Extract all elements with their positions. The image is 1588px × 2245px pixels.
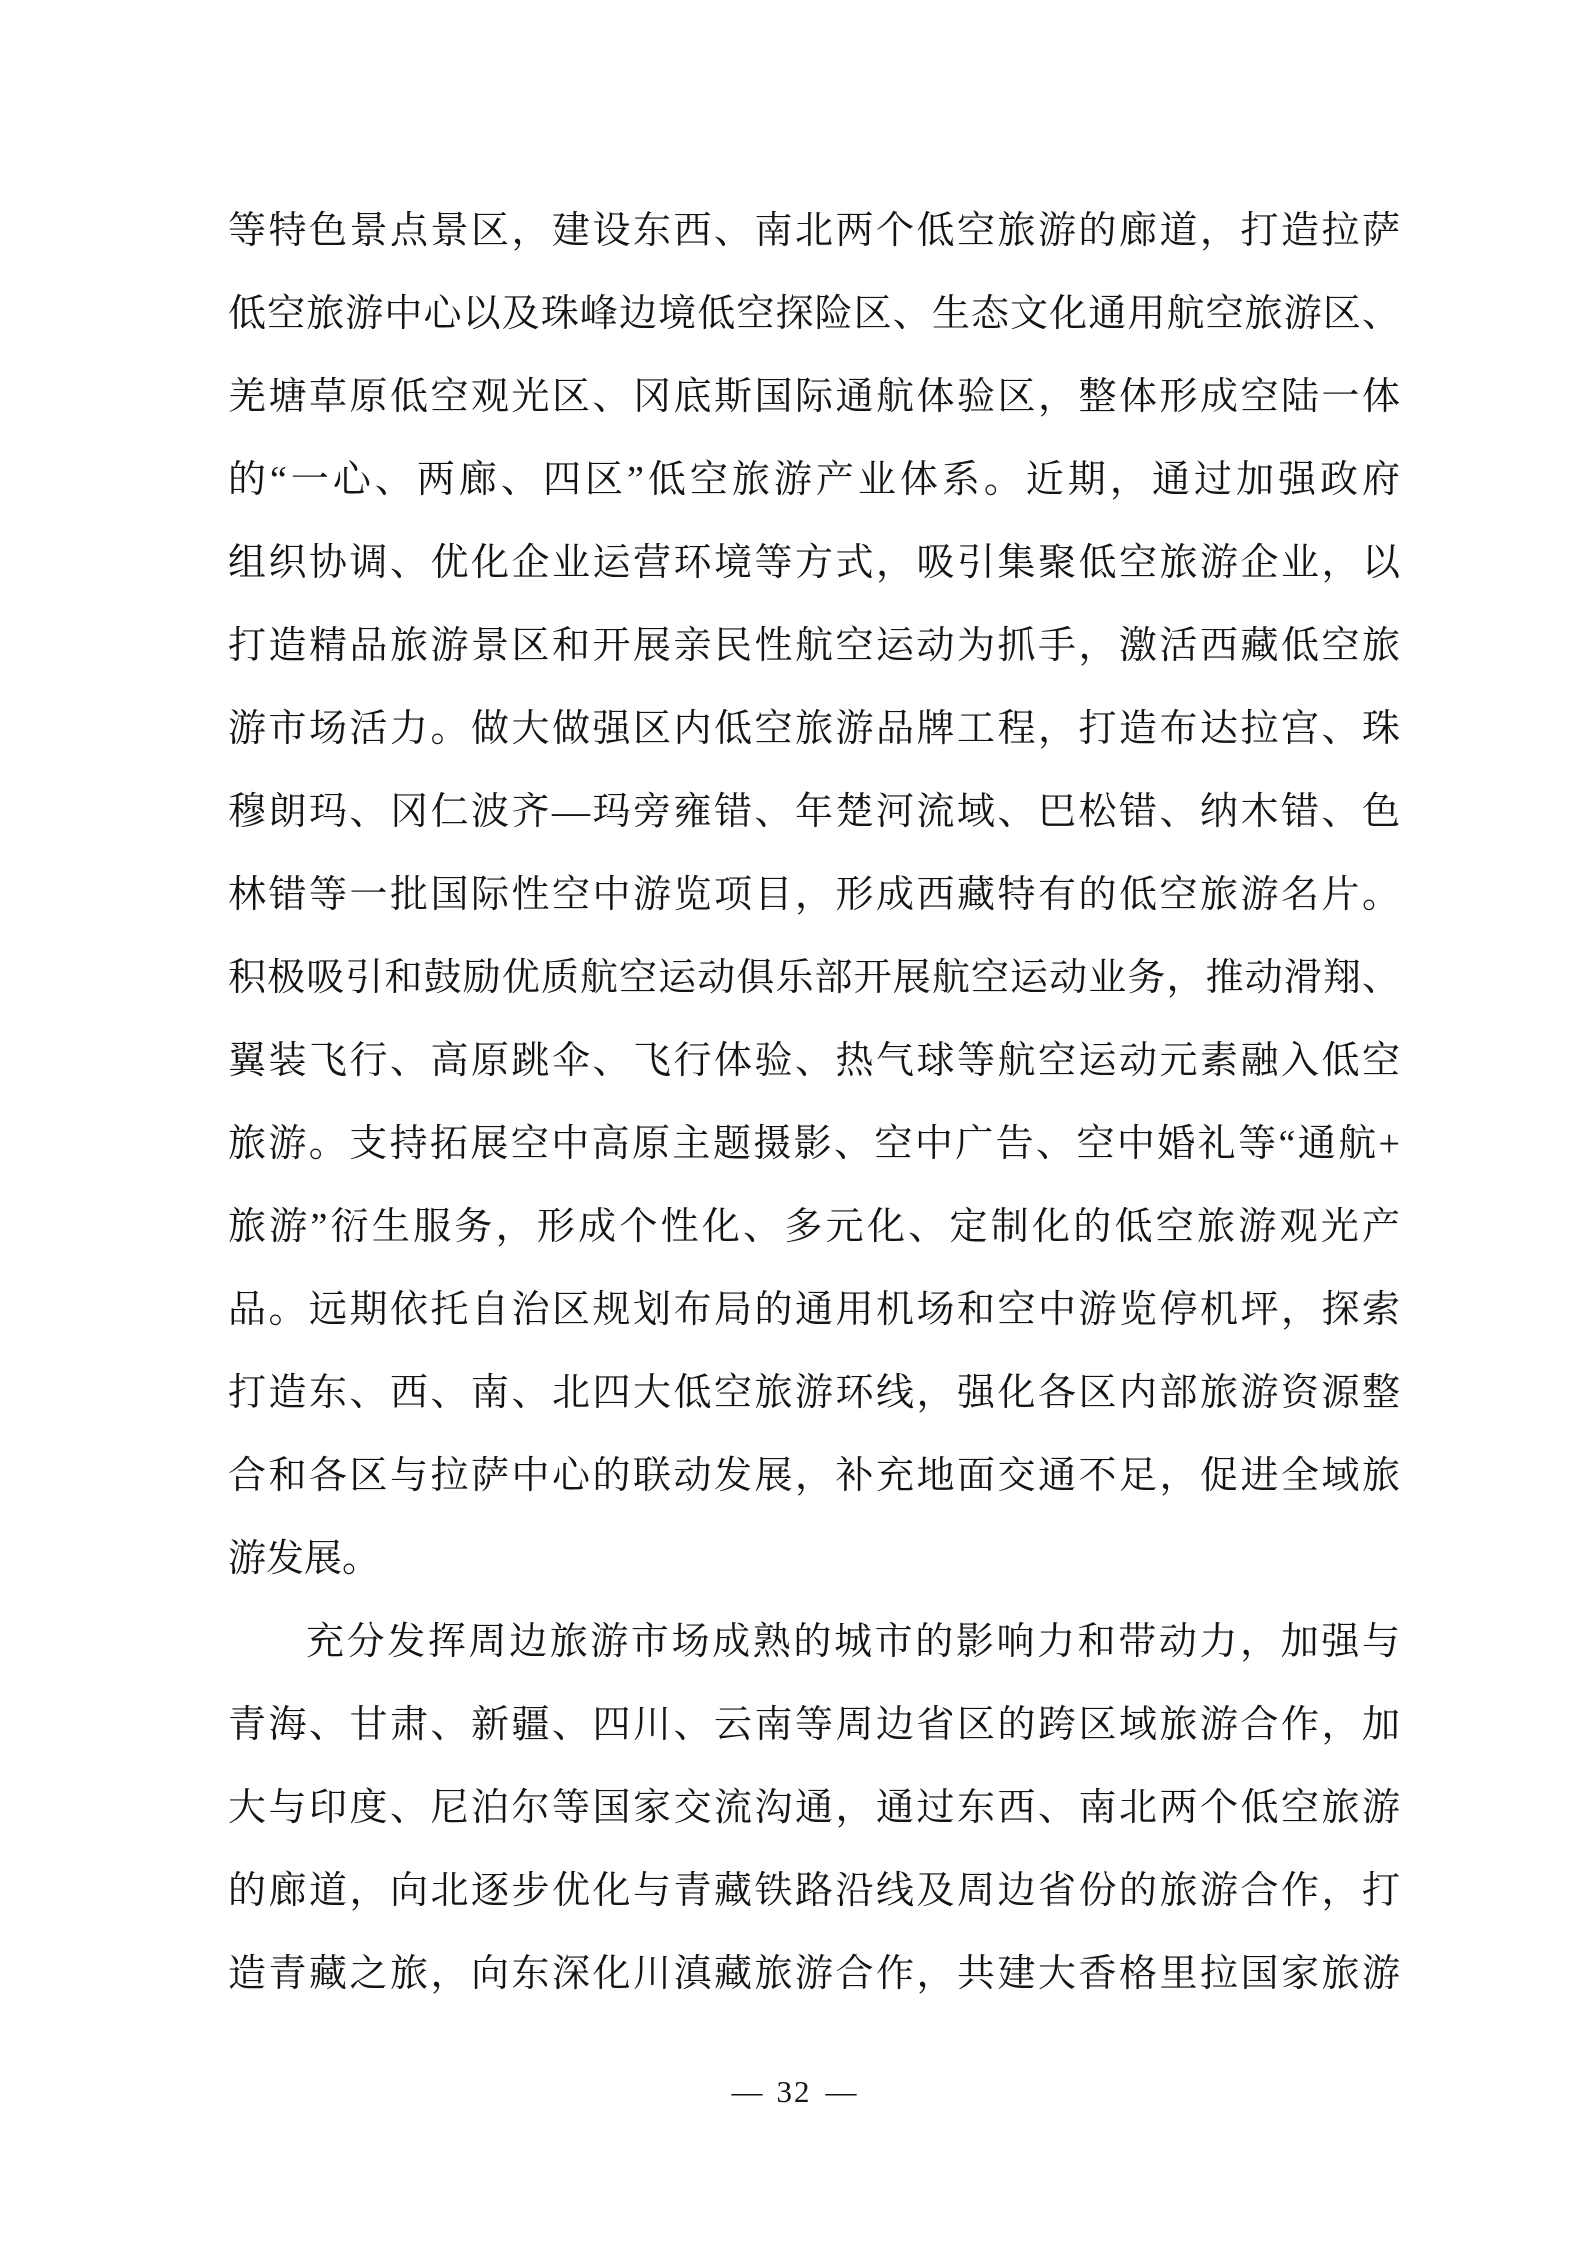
text-line: 造青藏之旅，向东深化川滇藏旅游合作，共建大香格里拉国家旅游 bbox=[228, 1933, 1400, 2016]
text-line: 打造东、西、南、北四大低空旅游环线，强化各区内部旅游资源整 bbox=[228, 1352, 1400, 1435]
text-line: 合和各区与拉萨中心的联动发展，补充地面交通不足，促进全域旅 bbox=[228, 1435, 1400, 1518]
text-line: 翼装飞行、高原跳伞、飞行体验、热气球等航空运动元素融入低空 bbox=[228, 1020, 1400, 1103]
text-line: 青海、甘肃、新疆、四川、云南等周边省区的跨区域旅游合作，加 bbox=[228, 1684, 1400, 1767]
text-line: 旅游”衍生服务，形成个性化、多元化、定制化的低空旅游观光产 bbox=[228, 1186, 1400, 1269]
text-line: 游市场活力。做大做强区内低空旅游品牌工程，打造布达拉宫、珠 bbox=[228, 688, 1400, 771]
text-line: 林错等一批国际性空中游览项目，形成西藏特有的低空旅游名片。 bbox=[228, 854, 1400, 937]
text-line: 的廊道，向北逐步优化与青藏铁路沿线及周边省份的旅游合作，打 bbox=[228, 1850, 1400, 1933]
text-line: 组织协调、优化企业运营环境等方式，吸引集聚低空旅游企业，以 bbox=[228, 522, 1400, 605]
text-line: 等特色景点景区，建设东西、南北两个低空旅游的廊道，打造拉萨 bbox=[228, 190, 1400, 273]
text-line: 积极吸引和鼓励优质航空运动俱乐部开展航空运动业务，推动滑翔、 bbox=[228, 937, 1400, 1020]
footer-dash-right: — bbox=[826, 2072, 857, 2112]
text-block: 等特色景点景区，建设东西、南北两个低空旅游的廊道，打造拉萨 低空旅游中心以及珠峰… bbox=[228, 190, 1400, 2016]
paragraph-1: 等特色景点景区，建设东西、南北两个低空旅游的廊道，打造拉萨 低空旅游中心以及珠峰… bbox=[228, 190, 1400, 1601]
paragraph-2: 充分发挥周边旅游市场成熟的城市的影响力和带动力，加强与 青海、甘肃、新疆、四川、… bbox=[228, 1601, 1400, 2016]
text-line: 旅游。支持拓展空中高原主题摄影、空中广告、空中婚礼等“通航+ bbox=[228, 1103, 1400, 1186]
text-line: 穆朗玛、冈仁波齐—玛旁雍错、年楚河流域、巴松错、纳木错、色 bbox=[228, 771, 1400, 854]
text-line: 低空旅游中心以及珠峰边境低空探险区、生态文化通用航空旅游区、 bbox=[228, 273, 1400, 356]
page-number: 32 bbox=[777, 2072, 812, 2112]
text-line: 品。远期依托自治区规划布局的通用机场和空中游览停机坪，探索 bbox=[228, 1269, 1400, 1352]
text-line: 充分发挥周边旅游市场成熟的城市的影响力和带动力，加强与 bbox=[228, 1601, 1400, 1684]
text-line: 大与印度、尼泊尔等国家交流沟通，通过东西、南北两个低空旅游 bbox=[228, 1767, 1400, 1850]
document-page: 等特色景点景区，建设东西、南北两个低空旅游的廊道，打造拉萨 低空旅游中心以及珠峰… bbox=[0, 0, 1588, 2245]
text-line: 打造精品旅游景区和开展亲民性航空运动为抓手，激活西藏低空旅 bbox=[228, 605, 1400, 688]
text-line: 游发展。 bbox=[228, 1518, 1400, 1601]
text-line: 的“一心、两廊、四区”低空旅游产业体系。近期，通过加强政府 bbox=[228, 439, 1400, 522]
text-line: 羌塘草原低空观光区、冈底斯国际通航体验区，整体形成空陆一体 bbox=[228, 356, 1400, 439]
page-footer: —32— bbox=[0, 2072, 1588, 2112]
footer-dash-left: — bbox=[732, 2072, 763, 2112]
